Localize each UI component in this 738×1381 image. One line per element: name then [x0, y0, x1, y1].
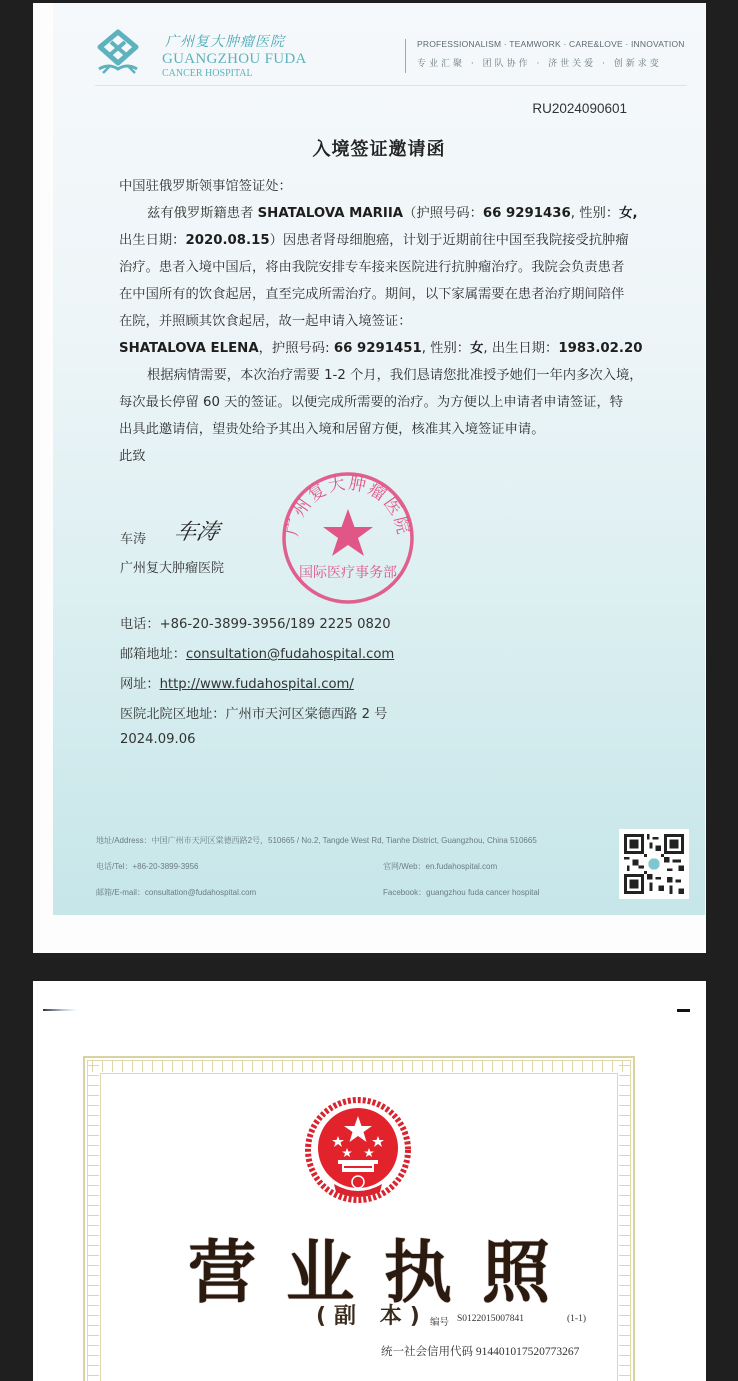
header-rule	[95, 85, 687, 86]
document-title: 入境签证邀请函	[53, 135, 705, 161]
companion-gender: 女	[470, 341, 483, 356]
companion-dob: 1983.02.20	[558, 341, 642, 356]
signatory-name: 车涛	[120, 528, 146, 547]
credit-code-value: 914401017520773267	[476, 1346, 580, 1358]
body-line: 在中国所有的饮食起居，直至完成所需治疗。期间，以下家属需要在患者治疗期间陪伴	[119, 281, 659, 308]
patient-dob: 2020.08.15	[185, 233, 269, 248]
body-line: 兹有俄罗斯籍患者 SHATALOVA MARIIA（护照号码：66 929143…	[119, 200, 659, 227]
closing: 此致	[119, 443, 659, 470]
footer-facebook: Facebook：guangzhou fuda cancer hospital	[383, 887, 540, 898]
footer-tel: 电话/Tel：+86-20-3899-3956	[96, 861, 199, 872]
license-copy-index: (1-1)	[567, 1314, 586, 1324]
letter-date: 2024.09.06	[120, 732, 196, 747]
patient-passport: 66 9291436	[483, 206, 571, 221]
body-line: 出生日期：2020.08.15）因患者肾母细胞癌，计划于近期前往中国至我院接受抗…	[119, 227, 659, 254]
website-link[interactable]: http://www.fudahospital.com/	[160, 677, 354, 692]
header-divider	[405, 39, 406, 73]
national-emblem-icon	[304, 1096, 412, 1204]
invitation-letter-page: 广州复大肿瘤医院 GUANGZHOU FUDA CANCER HOSPITAL …	[33, 3, 706, 953]
body-line: 治疗。患者入境中国后，将由我院安排专车接来医院进行抗肿瘤治疗。我院会负责患者	[119, 254, 659, 281]
qr-code-icon	[619, 829, 689, 899]
business-license-page: 营业执照 (副 本) 编号 S0122015007841 (1-1) 统一社会信…	[33, 981, 706, 1381]
companion-name: SHATALOVA ELENA	[119, 341, 259, 356]
license-number-label: 编号	[430, 1314, 449, 1328]
patient-name: SHATALOVA MARIIA	[258, 206, 404, 221]
scan-mark	[677, 1009, 690, 1012]
reference-number: RU2024090601	[532, 101, 627, 116]
email-line: 邮箱地址：consultation@fudahospital.com	[120, 643, 394, 662]
hospital-name-en-sub: CANCER HOSPITAL	[162, 68, 253, 79]
website-line: 网址：http://www.fudahospital.com/	[120, 673, 354, 692]
red-official-seal-icon: 广州复大肿瘤医院 国际医疗事务部	[279, 469, 417, 607]
body-line: 在院，并照顾其饮食起居，故一起申请入境签证：	[119, 308, 659, 335]
email-link[interactable]: consultation@fudahospital.com	[186, 647, 394, 662]
companion-passport: 66 9291451	[334, 341, 422, 356]
body-line: 出具此邀请信，望贵处给予其出入境和居留方便，核准其入境签证申请。	[119, 416, 659, 443]
letter-paper: 广州复大肿瘤医院 GUANGZHOU FUDA CANCER HOSPITAL …	[53, 3, 705, 915]
motto-cn: 专业汇聚 · 团队协作 · 济世关爱 · 创新求变	[417, 56, 662, 69]
hospital-name-en: GUANGZHOU FUDA	[162, 51, 307, 68]
hospital-name-cn: 广州复大肿瘤医院	[165, 31, 285, 51]
letter-body: 中国驻俄罗斯领事馆签证处： 兹有俄罗斯籍患者 SHATALOVA MARIIA（…	[119, 173, 659, 470]
motto-en: PROFESSIONALISM · TEAMWORK · CARE&LOVE ·…	[417, 39, 685, 49]
svg-text:国际医疗事务部: 国际医疗事务部	[299, 564, 397, 581]
footer-address: 地址/Address：中国广州市天河区棠德西路2号，510665 / No.2,…	[96, 835, 537, 846]
patient-gender: 女,	[619, 206, 637, 221]
credit-code: 统一社会信用代码 914401017520773267	[381, 1343, 579, 1359]
footer-email: 邮箱/E-mail：consultation@fudahospital.com	[96, 887, 256, 898]
scan-mark	[43, 1009, 77, 1011]
fuda-hospital-logo-icon	[93, 29, 143, 77]
salutation: 中国驻俄罗斯领事馆签证处：	[119, 173, 659, 200]
footer-web: 官网/Web：en.fudahospital.com	[383, 861, 497, 872]
phone-number: +86-20-3899-3956/189 2225 0820	[160, 617, 391, 632]
body-line: 根据病情需要，本次治疗需要 1-2 个月，我们恳请您批准授予她们一年内多次入境，	[119, 362, 659, 389]
phone-line: 电话：+86-20-3899-3956/189 2225 0820	[120, 613, 391, 632]
handwritten-signature: 车涛	[172, 515, 223, 546]
body-line: 每次最长停留 60 天的签证。以便完成所需要的治疗。为方便以上申请者申请签证，特	[119, 389, 659, 416]
address-line: 医院北院区地址：广州市天河区棠德西路 2 号	[120, 703, 387, 722]
companion-line: SHATALOVA ELENA，护照号码: 66 9291451, 性别：女, …	[119, 335, 659, 362]
license-subtitle: (副 本)	[316, 1299, 428, 1330]
signatory-organization: 广州复大肿瘤医院	[120, 557, 224, 576]
hospital-address: 广州市天河区棠德西路 2 号	[226, 707, 388, 722]
license-number: S0122015007841	[457, 1314, 524, 1324]
